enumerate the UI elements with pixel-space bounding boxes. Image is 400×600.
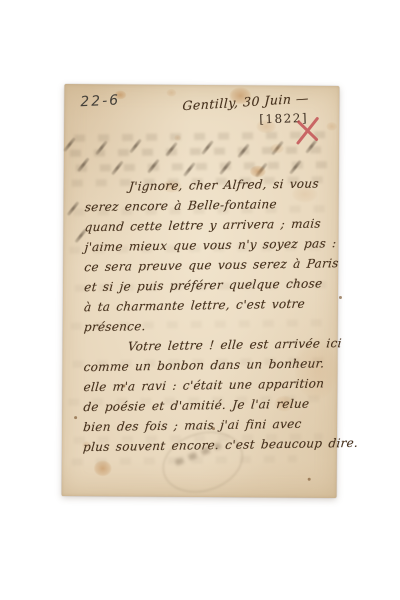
ghost-pen-stroke <box>77 157 90 172</box>
ghost-pen-stroke <box>183 162 196 177</box>
ghost-text-row <box>70 146 329 157</box>
foxing-spot <box>174 135 181 141</box>
ghost-pen-stroke <box>129 138 142 153</box>
foxing-spot <box>250 165 266 177</box>
ghost-pen-stroke <box>255 162 268 177</box>
foxing-spot <box>166 89 176 97</box>
ghost-pen-stroke <box>165 142 178 157</box>
ghost-pen-stroke <box>219 160 232 175</box>
foxing-spot <box>270 143 284 153</box>
foxing-spot <box>326 122 337 131</box>
ink-speck <box>339 296 342 299</box>
foxing-spot <box>94 460 112 476</box>
ghost-pen-stroke <box>111 160 124 175</box>
ghost-pen-stroke <box>201 140 214 155</box>
ghost-text-row <box>76 161 327 172</box>
ghost-text-row <box>74 131 325 142</box>
red-x-mark <box>295 115 321 147</box>
ghost-pen-stroke <box>67 201 80 216</box>
ghost-pen-stroke <box>95 140 108 155</box>
dateline: Gentilly, 30 Juin — <box>182 90 309 113</box>
letter-body: J'ignore, cher Alfred, si vousserez enco… <box>83 180 337 462</box>
letter-photograph: 22-6 Gentilly, 30 Juin — [1822] J'ignore… <box>0 0 400 600</box>
ink-speck <box>74 416 77 419</box>
archival-number: 22-6 <box>80 92 120 110</box>
ghost-pen-stroke <box>289 160 302 175</box>
ghost-pen-stroke <box>147 159 160 174</box>
foxing-layer <box>64 84 339 86</box>
letter-page: 22-6 Gentilly, 30 Juin — [1822] J'ignore… <box>62 84 340 498</box>
showthrough-layer <box>64 84 339 86</box>
ghost-pen-stroke <box>63 137 76 152</box>
ink-speck <box>308 478 311 481</box>
ghost-pen-stroke <box>271 140 284 155</box>
ghost-pen-stroke <box>237 143 250 158</box>
